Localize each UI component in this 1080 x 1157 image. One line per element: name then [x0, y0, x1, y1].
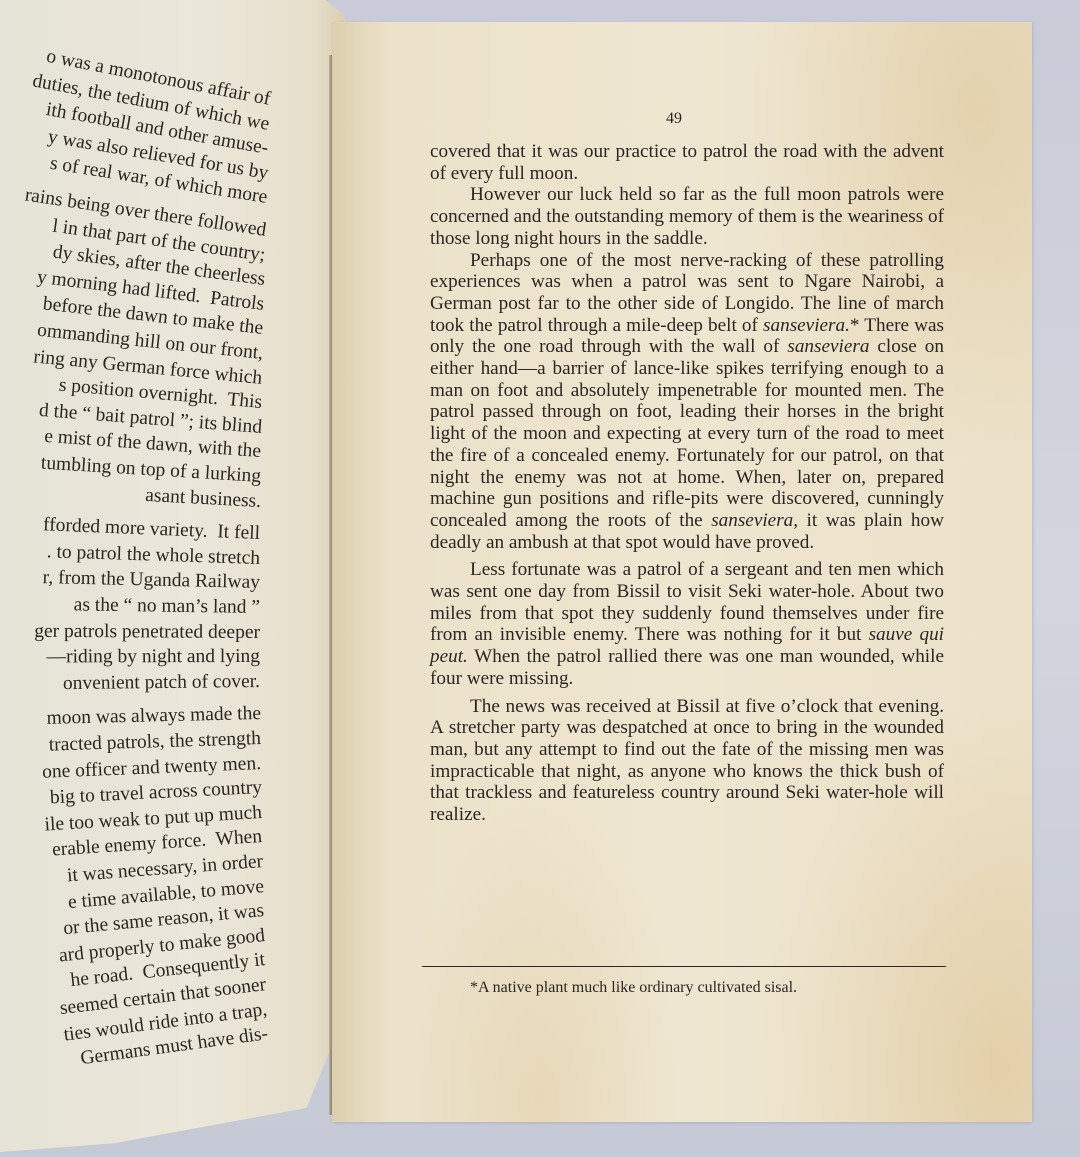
text-run: close on either hand—a barrier of lance-…	[430, 336, 944, 531]
paragraph: The news was received at Bissil at five …	[430, 696, 944, 826]
text-run: covered that it was our practice to patr…	[430, 141, 944, 184]
text-run: The news was received at Bissil at five …	[430, 696, 944, 826]
text-run: However our luck held so far as the full…	[430, 184, 944, 248]
right-page-number: 49	[666, 110, 682, 128]
footnote-divider	[422, 966, 946, 967]
italic-text: sanseviera	[787, 336, 869, 357]
paragraph: However our luck held so far as the full…	[430, 184, 944, 249]
text-run: Less fortunate was a patrol of a sergean…	[430, 559, 944, 645]
text-run: When the patrol rallied there was one ma…	[430, 646, 944, 689]
italic-text: sanseviera.	[763, 315, 850, 336]
footnote: *A native plant much like ordinary culti…	[470, 979, 797, 997]
paragraph: Less fortunate was a patrol of a sergean…	[430, 559, 944, 689]
book-photo: 48 o was a monotonous affair ofduties, t…	[0, 0, 1080, 1157]
italic-text: sanseviera,	[711, 510, 798, 531]
paragraph: covered that it was our practice to patr…	[430, 141, 944, 184]
paragraph: Perhaps one of the most nerve-racking of…	[430, 250, 944, 554]
right-page: 49 covered that it was our practice to p…	[332, 22, 1032, 1122]
left-text-line: onvenient patch of cover.	[0, 670, 260, 698]
left-text-line: ger patrols penetrated deeper	[0, 619, 260, 645]
left-text-line: —riding by night and lying	[0, 645, 260, 670]
left-text-line: as the “ no man’s land ”	[0, 591, 260, 621]
right-page-body: covered that it was our practice to patr…	[430, 141, 944, 826]
